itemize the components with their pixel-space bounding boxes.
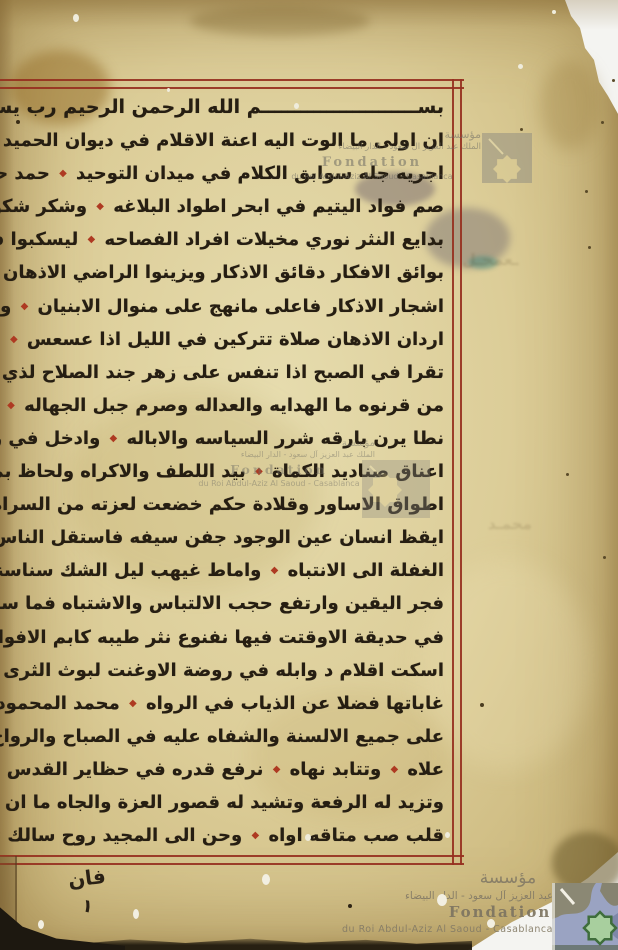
manuscript-line: في حديقة الاوقتت فيها نفنوع نثر طيبه كاب… [0, 621, 444, 654]
manuscript-line: ايقظ انسان عين الوجود جفن سيفه فاستقل ال… [0, 521, 444, 554]
red-separator-dot: ◆ [21, 301, 29, 312]
manuscript-line: اسكت اقلام د وابله في روضة الاوغنت لبوث … [0, 654, 444, 687]
manuscript-line: من قرنوه ما الهدايه والعداله وصرم جبل ال… [0, 389, 444, 422]
frame-right-inner [452, 79, 454, 865]
manuscript-line: بوائق الافكار دقائق الاذكار ويزينوا الرا… [0, 256, 444, 289]
manuscript-line: غاباتها فضلا عن الذياب في الرواه ◆ محمد … [0, 687, 444, 720]
manuscript-scan: ـعمحـل محمـد بســــــــــــــــــــــــم… [0, 0, 618, 950]
red-separator-dot: ◆ [273, 764, 281, 775]
red-separator-dot: ◆ [96, 201, 104, 212]
manuscript-line: اعناق صناديد الكماة ◆ بيد اللطف والاكراه… [0, 455, 444, 488]
manuscript-line: قلب صب متاقه اواه ◆ وحن الى المجيد روح س… [0, 819, 444, 852]
manuscript-line: صم فواد اليتيم في ابحر اطواد البلاغه ◆ و… [0, 190, 444, 223]
red-separator-dot: ◆ [88, 234, 96, 245]
manuscript-line: على جميع الالسنة والشفاه عليه في الصباح … [0, 720, 444, 753]
manuscript-line: تقرا في الصبح اذا تنفس على زهر جند الصلا… [0, 356, 444, 389]
manuscript-line: اردان الاذهان صلاة تتركين في الليل اذا ع… [0, 323, 444, 356]
manuscript-line: اطواق الاساور وقلادة حكم خضعت لعزته من ا… [0, 488, 444, 521]
text-block: بســــــــــــــــــــــــم الله الرحمن … [0, 91, 449, 853]
manuscript-line: علاه ◆ وتتابد نهاه ◆ نرفع قدره في حظاير … [0, 753, 444, 786]
frame-top-outer [0, 79, 464, 81]
manuscript-line: بدايع النثر نوري مخيلات افراد الفصاحه ◆ … [0, 223, 444, 256]
manuscript-line: الغفلة الى الانتباه ◆ واماط غيهب ليل الش… [0, 554, 444, 587]
red-separator-dot: ◆ [10, 334, 18, 345]
manuscript-line: وتزيد له الرفعة وتشيد له قصور العزة والج… [0, 786, 444, 819]
red-separator-dot: ◆ [255, 466, 263, 477]
frame-bottom-outer [0, 863, 464, 865]
red-separator-dot: ◆ [271, 565, 279, 576]
manuscript-line: نطا يرن بارقه شرر السياسه والاباله ◆ واد… [0, 422, 444, 455]
red-separator-dot: ◆ [7, 400, 15, 411]
foxing-dot [612, 79, 615, 82]
frame-right-outer [460, 79, 462, 865]
frame-bottom-inner [0, 855, 464, 857]
manuscript-line: اشجار الاذكار فاعلى مانهج على منوال الاب… [0, 290, 444, 323]
catchword: فان [67, 864, 107, 892]
frame-top-inner [0, 87, 464, 89]
manuscript-line: فجر اليقين وارتفع حجب الالتباس والاشتباه… [0, 587, 444, 620]
manuscript-line: بســــــــــــــــــــــــم الله الرحمن … [0, 91, 444, 124]
red-separator-dot: ◆ [129, 698, 137, 709]
manuscript-line: اجريه جله سوابق الكلام في ميدان التوحيد … [0, 157, 444, 190]
manuscript-line: ان اولى ما الوت اليه اعنة الاقلام في ديو… [0, 124, 444, 157]
red-separator-dot: ◆ [390, 764, 398, 775]
red-separator-dot: ◆ [110, 433, 118, 444]
red-separator-dot: ◆ [251, 830, 259, 841]
red-separator-dot: ◆ [59, 168, 67, 179]
